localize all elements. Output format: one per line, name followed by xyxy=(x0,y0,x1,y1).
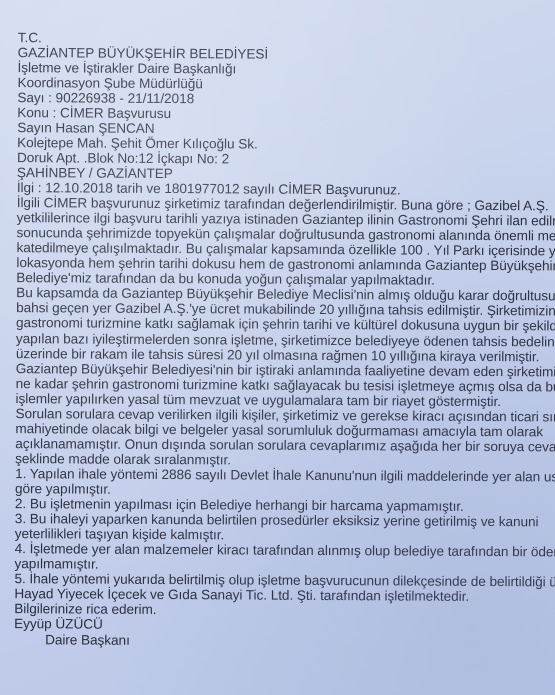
reference-number: Sayı : 90226938 - 21/11/2018 xyxy=(17,90,194,106)
recipient-address-line: Kolejtepe Mah. Şehit Ömer Kılıçoğlu Sk. xyxy=(17,135,258,151)
official-letter: T.C. GAZİANTEP BÜYÜKŞEHİR BELEDİYESİ İşl… xyxy=(0,0,555,695)
body-line: yapılmamıştır. xyxy=(15,556,99,572)
letterhead-branch: Koordinasyon Şube Müdürlüğü xyxy=(17,75,202,91)
recipient-name: Sayın Hasan ŞENCAN xyxy=(17,120,154,136)
recipient-address-line: Doruk Apt. .Blok No:12 İçkapı No: 2 xyxy=(17,150,229,166)
body-line: yeterlilikleri taşıyan kişide kalmıştır. xyxy=(15,526,225,542)
signature-title: Daire Başkanı xyxy=(45,632,130,648)
body-line: göre yapılmıştır. xyxy=(15,481,111,497)
reference-subject: Konu : CİMER Başvurusu xyxy=(17,105,171,121)
letterhead-institution: GAZİANTEP BÜYÜKŞEHİR BELEDİYESİ xyxy=(18,45,269,62)
signature-name: Eyyüp ÜZÜCÜ xyxy=(14,616,103,632)
letter-body: İlgili CİMER başvurunuz şirketimiz taraf… xyxy=(0,0,555,3)
letterhead-department: İşletme ve İştirakler Daire Başkanlığı xyxy=(18,60,237,76)
recipient-address-line: ŞAHİNBEY / GAZİANTEP xyxy=(17,165,173,181)
letterhead-country: T.C. xyxy=(18,30,42,45)
closing-text: Bilgilerinize rica ederim. xyxy=(14,601,156,617)
body-line: şeklinde madde olarak sıralanmıştır. xyxy=(15,451,231,467)
